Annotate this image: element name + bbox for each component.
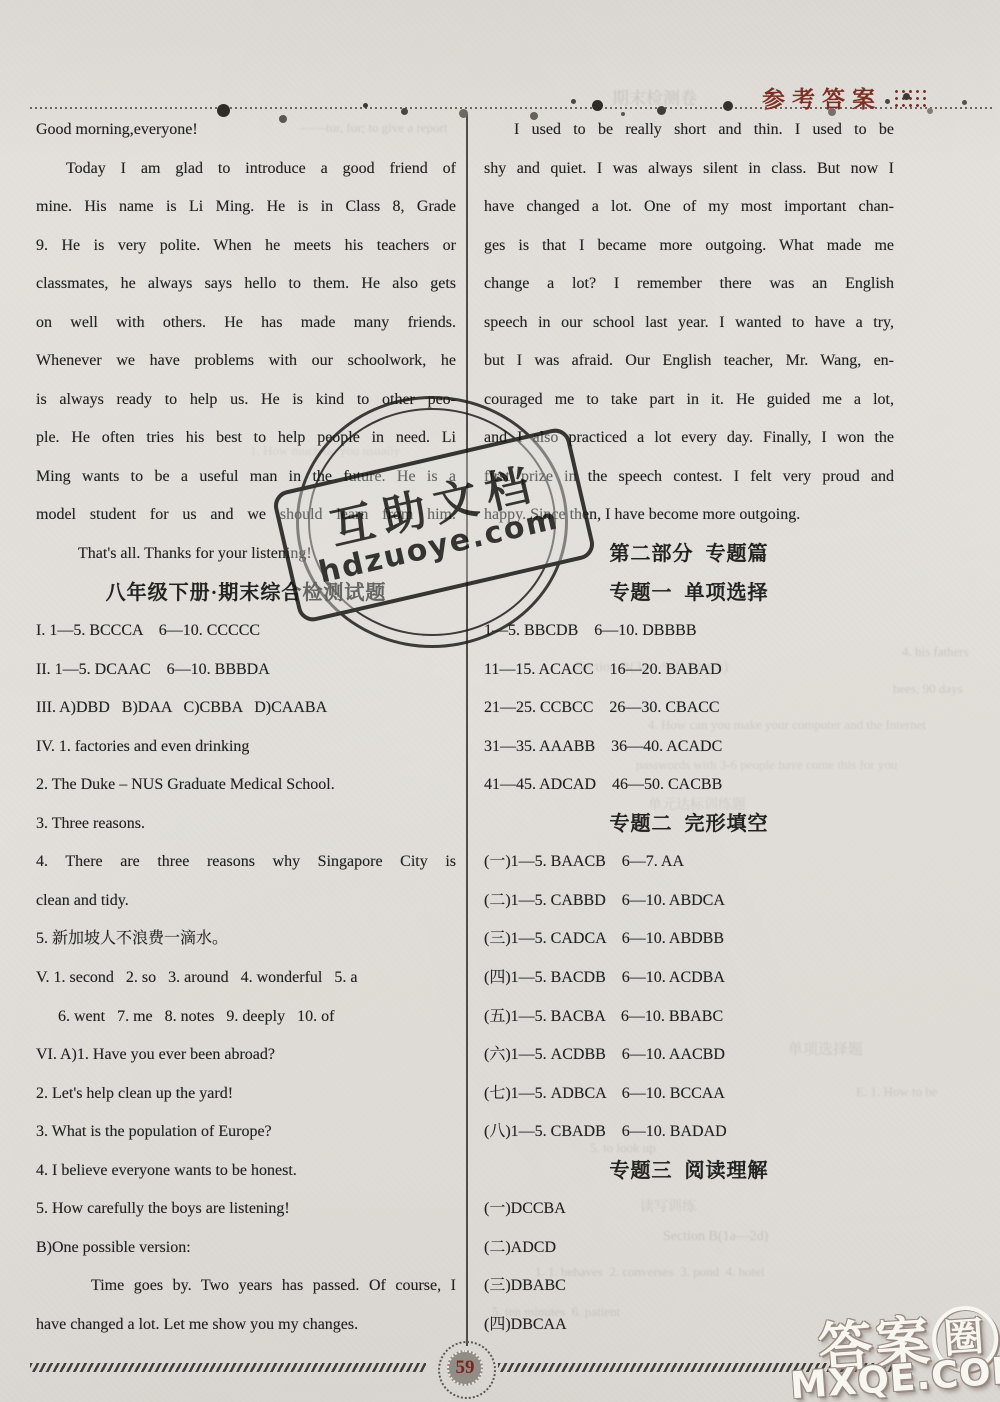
text-line: 9. He is very polite. When he meets his … [36,227,456,266]
footer-rule-left [30,1363,426,1372]
text-line: 4. I believe everyone wants to be honest… [36,1152,456,1191]
ink-speck [592,100,603,111]
left-column: Good morning,everyone!Today I am glad to… [36,111,456,1345]
text-line: (二)1—5. CABBD 6—10. ABDCA [484,882,894,921]
ink-speck [962,100,967,105]
text-line: B)One possible version: [36,1229,456,1268]
text-line: (一)1—5. BAACB 6—7. AA [484,843,894,882]
text-line: (七)1—5. ADBCA 6—10. BCCAA [484,1075,894,1114]
text-line: Today I am glad to introduce a good frie… [36,150,456,189]
ink-speck [828,108,836,116]
text-line: 5. 新加坡人不浪费一滴水。 [36,920,456,959]
ink-speck [927,108,933,114]
bleedthrough-text: Section B(1a—2d) [663,1229,768,1245]
bleedthrough-text: 读写训练 [640,1196,696,1216]
text-line: 2. The Duke – NUS Graduate Medical Schoo… [36,766,456,805]
ink-speck [621,112,625,116]
bleedthrough-text: passwords with 3-6 people have come this… [636,757,897,773]
text-line: classmates, he always says hello to them… [36,265,456,304]
hdzuoye-stamp: 互助文档 hdzuoye.com [296,396,568,648]
page-title: 参考答案 [762,81,892,114]
text-line: 3. What is the population of Europe? [36,1113,456,1152]
ink-speck [217,104,230,117]
bleedthrough-text: 5. ten minutes 6. patient [492,1304,620,1320]
ink-speck [903,93,910,100]
text-line: on well with others. He has made many fr… [36,304,456,343]
text-line: (三)1—5. CADCA 6—10. ABDBB [484,920,894,959]
ink-speck [279,115,287,123]
ink-speck [401,108,408,115]
bleedthrough-text: bees, 90 days [893,681,963,697]
bleedthrough-text: Section B(3a—Self Check) [575,660,728,676]
bleedthrough-text: 单项选择题 [788,1038,863,1059]
bleedthrough-text: ——tor, for; to give a report [300,120,448,136]
column-divider [466,114,468,1346]
text-line: 专题三 阅读理解 [484,1152,894,1191]
page-number-badge: 59 [447,1350,483,1386]
bleedthrough-text: 5. to look up [590,1140,656,1156]
text-line: but I was afraid. Our English teacher, M… [484,342,894,381]
bleedthrough-text: 单元达标训练题 [648,794,746,814]
text-line: 6. went 7. me 8. notes 9. deeply 10. of [36,998,456,1037]
bleedthrough-text: 1. 1. behaves 2. converses 3. pond 4. ho… [535,1264,765,1280]
dot-grid-ornament [893,88,929,107]
text-line: (四)1—5. BACDB 6—10. ACDBA [484,959,894,998]
text-line: have changed a lot. One of my most impor… [484,188,894,227]
text-line: mine. His name is Li Ming. He is in Clas… [36,188,456,227]
text-line: (八)1—5. CBADB 6—10. BADAD [484,1113,894,1152]
text-line: Whenever we have problems with our schoo… [36,342,456,381]
text-line: change a lot? I remember there was an En… [484,265,894,304]
text-line: I used to be really short and thin. I us… [484,111,894,150]
text-line: 4. There are three reasons why Singapore… [36,843,456,882]
text-line: clean and tidy. [36,882,456,921]
ink-speck [571,99,576,104]
text-line: ges is that I became more outgoing. What… [484,227,894,266]
text-line: 5. How carefully the boys are listening! [36,1190,456,1229]
text-line: have changed a lot. Let me show you my c… [36,1306,456,1345]
text-line: (五)1—5. BACBA 6—10. BBABC [484,998,894,1037]
text-line: VI. A)1. Have you ever been abroad? [36,1036,456,1075]
ink-speck [885,99,890,104]
text-line: II. 1—5. DCAAC 6—10. BBBDA [36,651,456,690]
ink-speck [723,101,733,111]
bleedthrough-text: 4. his fathers [902,644,969,660]
page-number: 59 [456,1357,475,1379]
text-line: IV. 1. factories and even drinking [36,728,456,767]
text-line: 3. Three reasons. [36,805,456,844]
ink-speck [530,112,538,120]
text-line: V. 1. second 2. so 3. around 4. wonderfu… [36,959,456,998]
ink-speck [459,109,468,118]
text-line: 2. Let's help clean up the yard! [36,1075,456,1114]
bleedthrough-text: 期末检测卷 [612,84,697,109]
bleedthrough-text: E. 1. How to be [856,1084,938,1100]
bleedthrough-text: 4. How can you make your computer and th… [648,717,926,733]
text-line: Time goes by. Two years has passed. Of c… [36,1267,456,1306]
text-line: speech in our school last year. I wanted… [484,304,894,343]
text-line: III. A)DBD B)DAA C)CBBA D)CAABA [36,689,456,728]
ink-speck [363,103,368,108]
text-line: shy and quiet. I was always silent in cl… [484,150,894,189]
